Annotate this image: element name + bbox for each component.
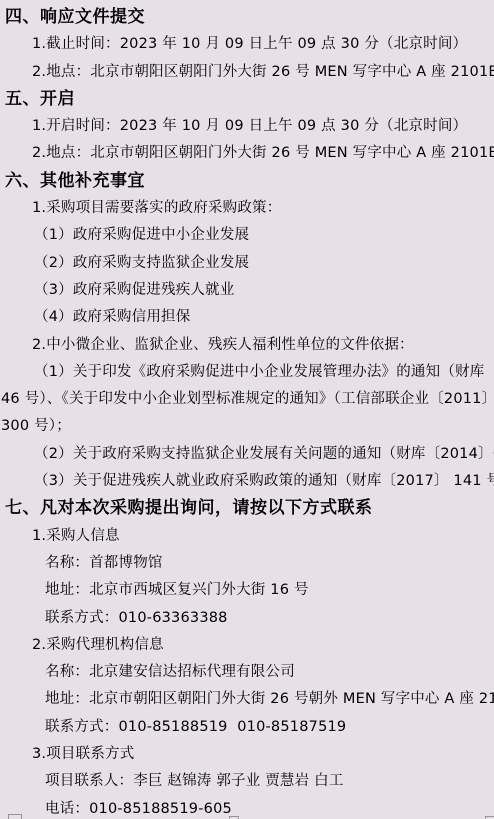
text-line: 2.地点：北京市朝阳区朝阳门外大街 26 号 MEN 写字中心 A 座 2101… — [32, 140, 494, 167]
text-line: 1.截止时间：2023 年 10 月 09 日上午 09 点 30 分（北京时间… — [32, 31, 494, 58]
text-line: 地址：北京市西城区复兴门外大街 16 号 — [45, 577, 494, 604]
text-line: （1）关于印发《政府采购促进中小企业发展管理办法》的通知（财库〔2020〕 — [34, 359, 494, 386]
text-line: （4）政府采购信用担保 — [34, 304, 494, 331]
text-line: 1.采购项目需要落实的政府采购政策： — [32, 195, 494, 222]
text-line: 联系方式：010-63363388 — [45, 605, 494, 632]
text-line: （3）关于促进残疾人就业政府采购政策的通知（财库〔2017〕 141 号）。 — [34, 468, 494, 495]
text-line: 1.开启时间：2023 年 10 月 09 日上午 09 点 30 分（北京时间… — [32, 113, 494, 140]
procurement-notice-page: { "page": { "background_color": "#e8e0e7… — [0, 0, 494, 819]
text-line: 地址：北京市朝阳区朝阳门外大街 26 号朝外 MEN 写字中心 A 座 2101… — [45, 686, 494, 713]
section-heading: 五、开启 — [5, 86, 494, 113]
text-line: 2.地点：北京市朝阳区朝阳门外大街 26 号 MEN 写字中心 A 座 2101… — [32, 59, 494, 86]
text-line: 1.采购人信息 — [32, 523, 494, 550]
text-line: 联系方式：010-85188519 010-85187519 — [45, 714, 494, 741]
text-line: 项目联系人：李巨 赵锦涛 郭子业 贾慧岩 白工 — [45, 768, 494, 795]
text-line: （2）政府采购支持监狱企业发展 — [34, 250, 494, 277]
text-line: 电话：010-85188519-605 — [45, 796, 494, 819]
text-line: 名称：北京建安信达招标代理有限公司 — [45, 659, 494, 686]
clipped-next-content-artifact — [8, 814, 22, 819]
document-body: 四、响应文件提交1.截止时间：2023 年 10 月 09 日上午 09 点 3… — [0, 0, 494, 819]
text-line: （1）政府采购促进中小企业发展 — [34, 222, 494, 249]
text-line: 2.中小微企业、监狱企业、残疾人福利性单位的文件依据： — [32, 332, 494, 359]
text-line: 2.采购代理机构信息 — [32, 632, 494, 659]
text-line: 3.项目联系方式 — [32, 741, 494, 768]
text-line: 46 号）、《关于印发中小企业划型标准规定的通知》（工信部联企业〔2011〕 — [1, 386, 494, 413]
text-line: （2）关于政府采购支持监狱企业发展有关问题的通知（财库〔2014〕68 号）； — [34, 441, 494, 468]
section-heading: 七、凡对本次采购提出询问，请按以下方式联系 — [5, 495, 494, 522]
text-line: 300 号）； — [1, 413, 494, 440]
text-line: （3）政府采购促进残疾人就业 — [34, 277, 494, 304]
text-line: 名称：首都博物馆 — [45, 550, 494, 577]
section-heading: 六、其他补充事宜 — [5, 168, 494, 195]
section-heading: 四、响应文件提交 — [5, 4, 494, 31]
